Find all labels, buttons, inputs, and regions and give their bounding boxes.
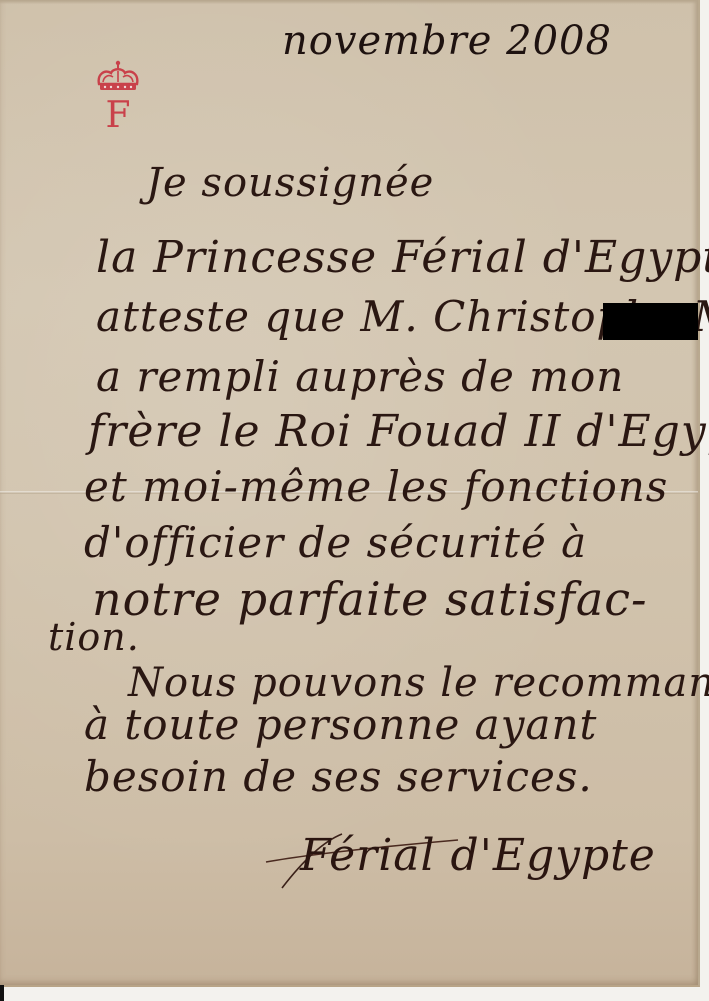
body-line: et moi-même les fonctions <box>84 462 668 511</box>
signature: Férial d'Egypte <box>300 830 656 881</box>
body-line: notre parfaite satisfac- <box>92 572 648 626</box>
body-line: tion. <box>48 615 140 659</box>
body-line: la Princesse Férial d'Egypte <box>96 232 709 283</box>
date: novembre 2008 <box>282 18 612 64</box>
body-line: Je soussignée <box>146 160 434 206</box>
redaction-box <box>603 303 698 340</box>
body-line: besoin de ses services. <box>84 752 593 801</box>
body-line: à toute personne ayant <box>84 700 597 749</box>
letterhead: F <box>92 60 144 134</box>
scan-edge <box>0 985 4 1001</box>
monogram: F <box>106 98 131 134</box>
body-line: d'officier de sécurité à <box>84 518 587 567</box>
body-line: frère le Roi Fouad II d'Egypte <box>88 406 709 457</box>
body-line: a rempli auprès de mon <box>96 352 624 401</box>
crown-icon <box>95 60 141 96</box>
